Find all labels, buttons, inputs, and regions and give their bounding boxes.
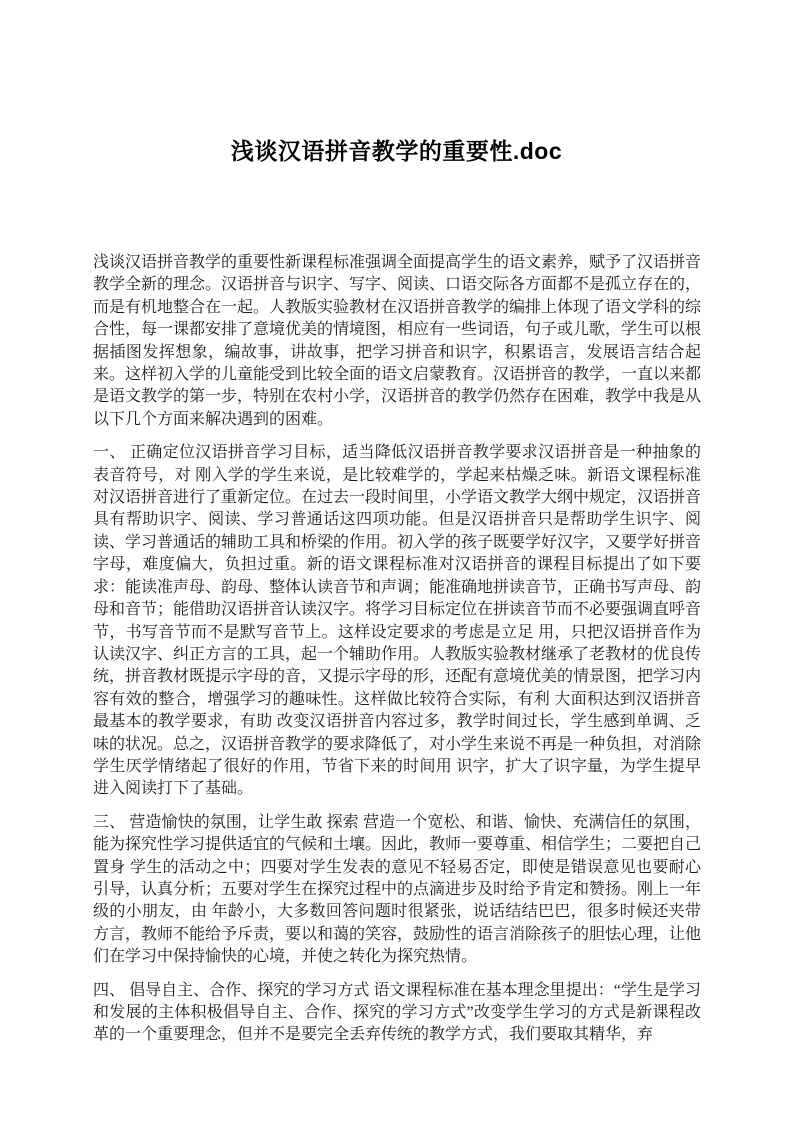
document-body: 浅谈汉语拼音教学的重要性新课程标准强调全面提高学生的语文素养，赋予了汉语拼音教学…	[93, 252, 701, 1047]
document-title: 浅谈汉语拼音教学的重要性.doc	[0, 137, 793, 166]
document-paragraph: 四、 倡导自主、合作、探究的学习方式 语文课程标准在基本理念里提出：“学生是学习…	[93, 980, 701, 1047]
document-paragraph: 浅谈汉语拼音教学的重要性新课程标准强调全面提高学生的语文素养，赋予了汉语拼音教学…	[93, 252, 701, 431]
document-paragraph: 一、 正确定位汉语拼音学习目标，适当降低汉语拼音教学要求汉语拼音是一种抽象的表音…	[93, 442, 701, 801]
document-paragraph: 三、 营造愉快的氛围，让学生敢 探索 营造一个宽松、和谐、愉快、充满信任的氛围，…	[93, 812, 701, 969]
document-page: 浅谈汉语拼音教学的重要性.doc 浅谈汉语拼音教学的重要性新课程标准强调全面提高…	[0, 0, 793, 1122]
